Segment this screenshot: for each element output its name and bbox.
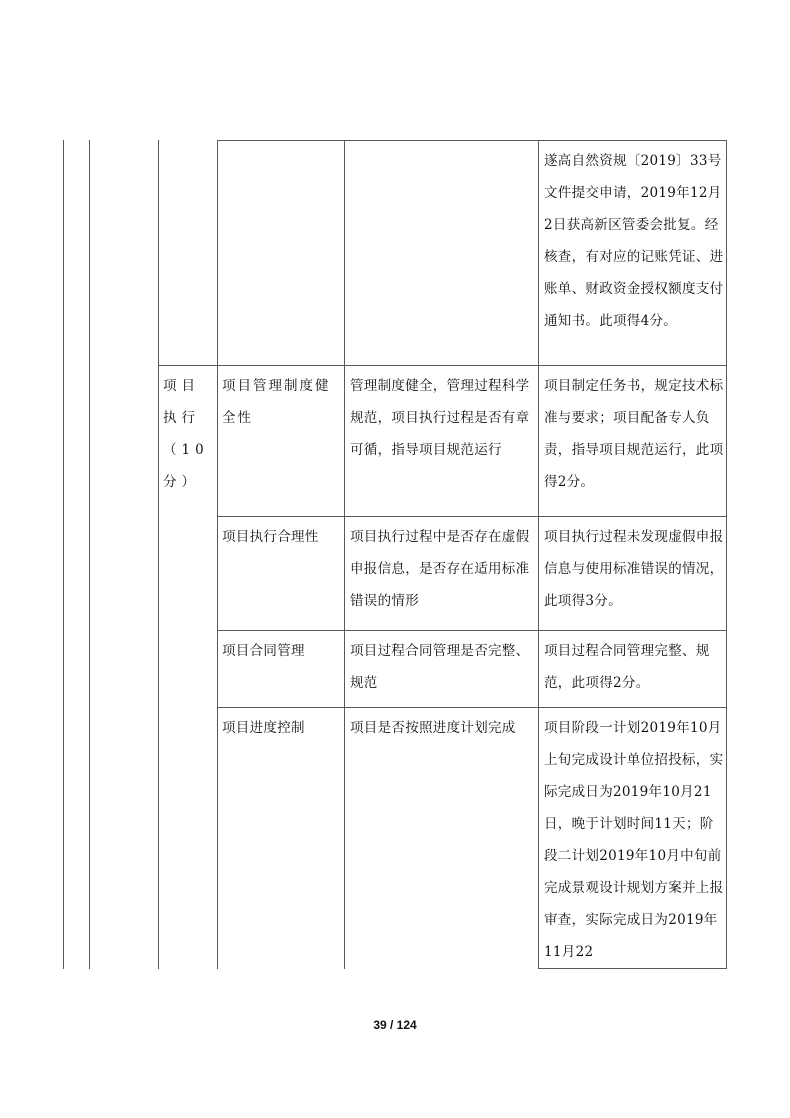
- column-border-2: [89, 140, 90, 969]
- table-cell-indicator: 项目管理制度健全性: [222, 370, 342, 434]
- column-border-3: [158, 140, 159, 969]
- row-border-top: [217, 140, 727, 141]
- table-cell-result: 遂高自然资规〔2019〕33号文件提交申请，2019年12月2日获高新区管委会批…: [544, 145, 724, 337]
- table-cell-criteria: 管理制度健全，管理过程科学规范，项目执行过程是否有章可循，指导项目规范运行: [350, 370, 536, 466]
- table-cell-criteria: 项目是否按照进度计划完成: [350, 712, 536, 744]
- row-border-bottom-col6: [538, 968, 727, 969]
- table-cell-criteria: 项目过程合同管理是否完整、规范: [350, 635, 536, 699]
- row-border-3: [217, 630, 727, 631]
- row-border-4: [217, 707, 727, 708]
- table-cell-indicator: 项目进度控制: [222, 712, 342, 744]
- page-number: 39 / 124: [0, 1018, 790, 1032]
- table-cell-criteria: 项目执行过程中是否存在虚假申报信息，是否存在适用标准错误的情形: [350, 521, 536, 617]
- table-cell-indicator: 项目合同管理: [222, 635, 342, 667]
- table-cell-result: 项目过程合同管理完整、规范，此项得2分。: [544, 635, 724, 699]
- column-border-4: [217, 140, 218, 969]
- table-cell-result: 项目执行过程未发现虚假申报信息与使用标准错误的情况，此项得3分。: [544, 521, 724, 617]
- row-border-1: [158, 365, 727, 366]
- table-cell-indicator: 项目执行合理性: [222, 521, 342, 553]
- table-cell-result: 项目制定任务书，规定技术标准与要求；项目配备专人负责，指导项目规范运行，此项得2…: [544, 370, 724, 498]
- column-border-6: [538, 140, 539, 969]
- table-cell-result: 项目阶段一计划2019年10月上旬完成设计单位招投标，实际完成日为2019年10…: [544, 712, 724, 968]
- row-border-2: [217, 516, 727, 517]
- column-border-1: [63, 140, 64, 969]
- column-border-right: [726, 140, 727, 969]
- column-border-5: [344, 140, 345, 969]
- table-cell-category: 项目执行（10分）: [163, 370, 215, 498]
